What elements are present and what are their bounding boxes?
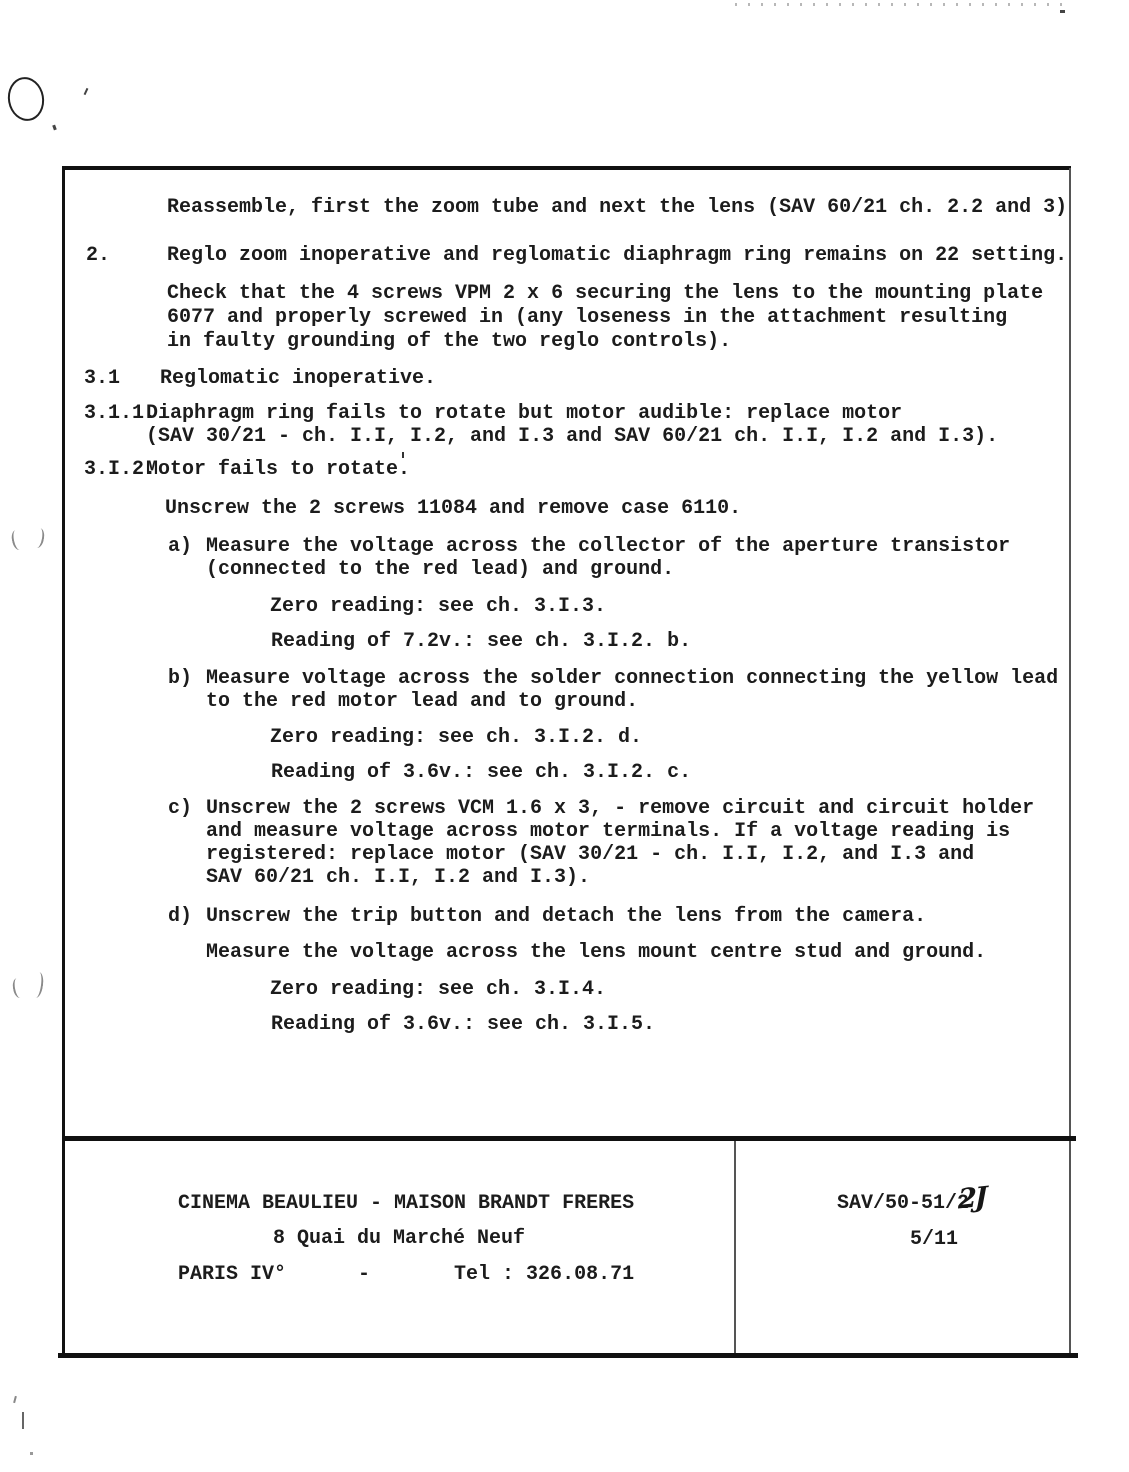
frame-left-rule [62, 166, 65, 1356]
margin-scribble [30, 971, 45, 998]
reading-note: Zero reading: see ch. 3.I.2. d. [270, 726, 642, 749]
frame-bottom-rule [58, 1353, 1078, 1358]
footer-divider-rule [734, 1141, 736, 1353]
paragraph-line: Unscrew the 2 screws 11084 and remove ca… [165, 497, 741, 520]
scan-speck [13, 1396, 17, 1403]
list-item-line: to the red motor lead and to ground. [206, 690, 638, 713]
list-item-line: registered: replace motor (SAV 30/21 - c… [206, 843, 974, 866]
list-item-line: Unscrew the 2 screws VCM 1.6 x 3, - remo… [206, 797, 1034, 820]
margin-scribble [31, 527, 45, 549]
margin-scribble [11, 977, 25, 999]
list-item-line: Unscrew the trip button and detach the l… [206, 905, 926, 928]
frame-top-rule [62, 166, 1071, 170]
footer-city-phone: PARIS IV° - Tel : 326.08.71 [178, 1263, 634, 1286]
footer-company: CINEMA BEAULIEU - MAISON BRANDT FRERES [178, 1192, 634, 1215]
section-text: Diaphragm ring fails to rotate but motor… [146, 402, 902, 425]
scan-speck [52, 125, 57, 131]
section-number: 3.1 [84, 367, 120, 390]
reading-note: Zero reading: see ch. 3.I.4. [270, 978, 606, 1001]
section-text: Reglomatic inoperative. [160, 367, 436, 390]
punch-hole-mark [4, 74, 47, 124]
footer-reference-handwritten: 2J [958, 1181, 985, 1215]
doc-intro-line: Reassemble, first the zoom tube and next… [167, 196, 1067, 219]
section-text: (SAV 30/21 - ch. I.I, I.2, and I.3 and S… [146, 425, 998, 448]
scan-speck [1060, 10, 1065, 13]
reading-note: Reading of 3.6v.: see ch. 3.I.5. [271, 1013, 655, 1036]
list-marker-b: b) [168, 667, 192, 690]
list-marker-c: c) [168, 797, 192, 820]
list-marker-d: d) [168, 905, 192, 928]
scanned-service-manual-page: Reassemble, first the zoom tube and next… [0, 0, 1129, 1472]
reading-note: Zero reading: see ch. 3.I.3. [270, 595, 606, 618]
margin-scribble [10, 529, 25, 551]
scan-speck [30, 1452, 33, 1455]
section-number: 2. [86, 244, 110, 267]
paragraph-line: in faulty grounding of the two reglo con… [167, 330, 731, 353]
scan-noise-line [735, 3, 1070, 6]
footer-reference: SAV/50-51/2 [837, 1192, 969, 1215]
list-marker-a: a) [168, 535, 192, 558]
list-item-line: (connected to the red lead) and ground. [206, 558, 674, 581]
footer-top-rule [62, 1136, 1076, 1141]
section-text: Reglo zoom inoperative and reglomatic di… [167, 244, 1067, 267]
paragraph-line: 6077 and properly screwed in (any losene… [167, 306, 1007, 329]
section-text: Motor fails to rotate. [146, 458, 410, 481]
list-item-line: and measure voltage across motor termina… [206, 820, 1010, 843]
footer-page-number: 5/11 [910, 1228, 958, 1251]
list-item-line: SAV 60/21 ch. I.I, I.2 and I.3). [206, 866, 590, 889]
footer-address: 8 Quai du Marché Neuf [273, 1227, 525, 1250]
reading-note: Reading of 7.2v.: see ch. 3.I.2. b. [271, 630, 691, 653]
scan-speck [22, 1412, 24, 1429]
paragraph-line: Check that the 4 screws VPM 2 x 6 securi… [167, 282, 1043, 305]
list-item-line: Measure the voltage across the lens moun… [206, 941, 986, 964]
frame-right-rule [1069, 168, 1071, 1356]
list-item-line: Measure the voltage across the collector… [206, 535, 1010, 558]
reading-note: Reading of 3.6v.: see ch. 3.I.2. c. [271, 761, 691, 784]
list-item-line: Measure voltage across the solder connec… [206, 667, 1058, 690]
scan-speck [84, 88, 89, 95]
